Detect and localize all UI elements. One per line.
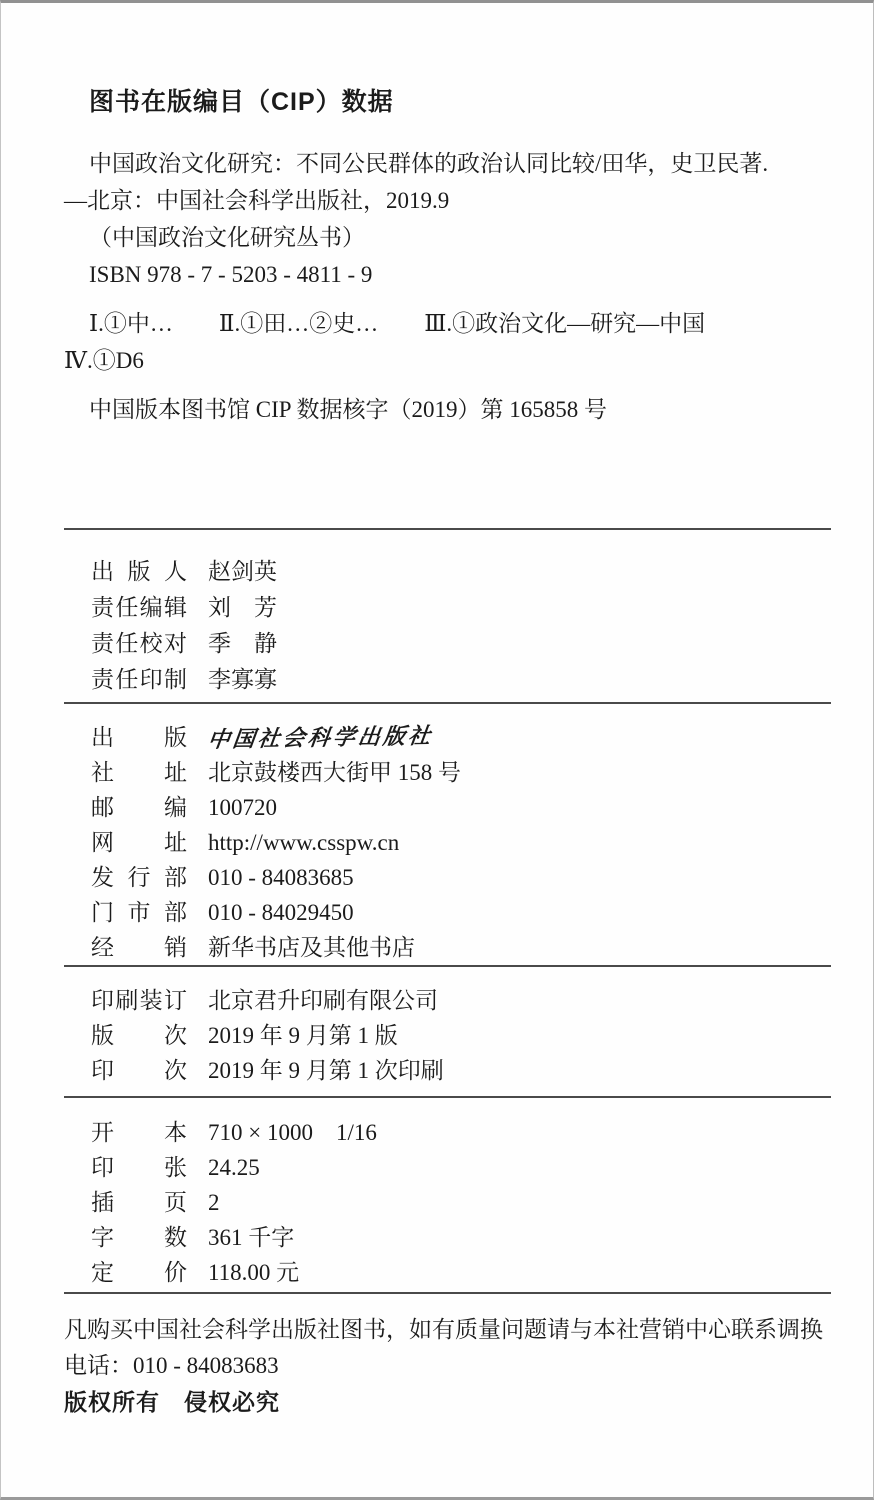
field-value: 季 静	[208, 626, 277, 662]
field-value: 新华书店及其他书店	[208, 930, 415, 965]
cip-data-section: 图书在版编目（CIP）数据 中国政治文化研究：不同公民群体的政治认同比较/田华，…	[64, 85, 831, 428]
isbn-line: ISBN 978 - 7 - 5203 - 4811 - 9	[64, 256, 831, 293]
field-label: 出版人	[91, 554, 187, 590]
service-phone: 电话：010 - 84083683	[64, 1348, 831, 1384]
field-value: 刘 芳	[208, 590, 277, 626]
copyright-statement: 版权所有 侵权必究	[64, 1384, 831, 1420]
footer-section: 凡购买中国社会科学出版社图书，如有质量问题请与本社营销中心联系调换 电话：010…	[64, 1294, 831, 1420]
field-value: 361 千字	[208, 1220, 294, 1255]
quality-notice: 凡购买中国社会科学出版社图书，如有质量问题请与本社营销中心联系调换	[64, 1312, 831, 1348]
row-distribution-dept: 发行部 010 - 84083685	[64, 860, 831, 895]
specs-section: 开本 710 × 1000 1/16 印张 24.25 插页 2 字数 361 …	[64, 1098, 831, 1292]
field-label: 责任编辑	[91, 590, 187, 626]
field-label: 门市部	[91, 895, 187, 930]
row-word-count: 字数 361 千字	[64, 1220, 831, 1255]
row-printer: 印刷装订 北京君升印刷有限公司	[64, 983, 831, 1018]
row-editor: 责任编辑 刘 芳	[64, 590, 831, 626]
field-value: 710 × 1000 1/16	[208, 1115, 377, 1150]
classification-line-2: Ⅳ.①D6	[64, 342, 831, 379]
row-website: 网址 http://www.csspw.cn	[64, 825, 831, 860]
field-label: 网址	[91, 825, 187, 860]
publisher-imprint-line: —北京：中国社会科学出版社，2019.9	[64, 182, 831, 219]
row-format: 开本 710 × 1000 1/16	[64, 1115, 831, 1150]
field-value: 118.00 元	[208, 1255, 299, 1290]
row-edition: 版次 2019 年 9 月第 1 版	[64, 1018, 831, 1053]
field-label: 印刷装订	[91, 983, 187, 1018]
row-inserts: 插页 2	[64, 1185, 831, 1220]
field-value: 24.25	[208, 1150, 260, 1185]
field-value: 2019 年 9 月第 1 次印刷	[208, 1053, 444, 1088]
cip-record-number-line: 中国版本图书馆 CIP 数据核字（2019）第 165858 号	[64, 391, 831, 428]
copyright-page: 图书在版编目（CIP）数据 中国政治文化研究：不同公民群体的政治认同比较/田华，…	[0, 0, 874, 1500]
row-postcode: 邮编 100720	[64, 790, 831, 825]
field-value: 100720	[208, 790, 277, 825]
classification-line-1: Ⅰ.①中… Ⅱ.①田…②史… Ⅲ.①政治文化—研究—中国	[64, 305, 831, 342]
field-value: 赵剑英	[208, 554, 277, 590]
row-price: 定价 118.00 元	[64, 1255, 831, 1290]
row-print-supervisor: 责任印制 李寡寡	[64, 662, 831, 698]
field-label: 发行部	[91, 860, 187, 895]
field-label: 社址	[91, 755, 187, 790]
row-publisher-person: 出版人 赵剑英	[64, 554, 831, 590]
field-label: 字数	[91, 1220, 187, 1255]
field-label: 责任校对	[91, 626, 187, 662]
field-label: 责任印制	[91, 662, 187, 698]
field-label: 插页	[91, 1185, 187, 1220]
field-value: 李寡寡	[208, 662, 277, 698]
row-retail-dept: 门市部 010 - 84029450	[64, 895, 831, 930]
printing-section: 印刷装订 北京君升印刷有限公司 版次 2019 年 9 月第 1 版 印次 20…	[64, 967, 831, 1096]
field-label: 开本	[91, 1115, 187, 1150]
field-value: 010 - 84083685	[208, 860, 354, 895]
staff-section: 出版人 赵剑英 责任编辑 刘 芳 责任校对 季 静 责任印制 李寡寡	[64, 530, 831, 702]
book-title-line: 中国政治文化研究：不同公民群体的政治认同比较/田华，史卫民著.	[64, 145, 831, 182]
field-value: 北京君升印刷有限公司	[208, 983, 438, 1018]
row-printed-sheets: 印张 24.25	[64, 1150, 831, 1185]
field-label: 邮编	[91, 790, 187, 825]
field-label: 印次	[91, 1053, 187, 1088]
field-label: 印张	[91, 1150, 187, 1185]
row-distributor: 经销 新华书店及其他书店	[64, 930, 831, 965]
cip-heading: 图书在版编目（CIP）数据	[89, 85, 831, 119]
website-url: http://www.csspw.cn	[208, 825, 399, 860]
field-label: 经销	[91, 930, 187, 965]
publisher-section: 出版 中国社会科学出版社 社址 北京鼓楼西大街甲 158 号 邮编 100720…	[64, 704, 831, 965]
series-line: （中国政治文化研究丛书）	[64, 219, 831, 256]
row-proofreader: 责任校对 季 静	[64, 626, 831, 662]
field-label: 版次	[91, 1018, 187, 1053]
row-impression: 印次 2019 年 9 月第 1 次印刷	[64, 1053, 831, 1088]
row-address: 社址 北京鼓楼西大街甲 158 号	[64, 755, 831, 790]
publisher-logo-script: 中国社会科学出版社	[206, 718, 436, 757]
field-label: 出版	[91, 720, 187, 755]
field-value: 2	[208, 1185, 220, 1220]
field-value: 北京鼓楼西大街甲 158 号	[208, 755, 461, 790]
field-value: 2019 年 9 月第 1 版	[208, 1018, 398, 1053]
row-publisher-name: 出版 中国社会科学出版社	[64, 720, 831, 755]
field-value: 010 - 84029450	[208, 895, 354, 930]
field-label: 定价	[91, 1255, 187, 1290]
